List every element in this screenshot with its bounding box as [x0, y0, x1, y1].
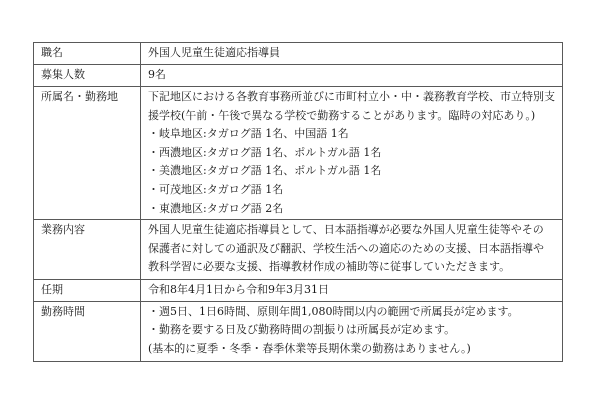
working-hours-value: ・週5日、1日6時間、原則年間1,080時間以内の範囲で所属長が定めます。 ・勤…	[141, 301, 563, 361]
working-hours-label: 勤務時間	[34, 301, 141, 361]
term-value: 令和8年4月1日から令和9年3月31日	[141, 280, 563, 302]
affiliation-worklocation-value: 下記地区における各教育事務所並びに市町村立小・中・義務教育学校、市立特別支 援学…	[141, 87, 563, 220]
job-posting-table-body: 職名 外国人児童生徒適応指導員 募集人数 9名 所属名・勤務地 下記地区における…	[34, 43, 563, 362]
job-title-value: 外国人児童生徒適応指導員	[141, 43, 563, 65]
job-description-label: 業務内容	[34, 220, 141, 280]
recruit-count-value: 9名	[141, 65, 563, 87]
term-label: 任期	[34, 280, 141, 302]
affiliation-worklocation-label: 所属名・勤務地	[34, 87, 141, 220]
job-posting-table: 職名 外国人児童生徒適応指導員 募集人数 9名 所属名・勤務地 下記地区における…	[33, 42, 563, 362]
table-row-recruit-count: 募集人数 9名	[34, 65, 563, 87]
recruit-count-label: 募集人数	[34, 65, 141, 87]
job-description-value: 外国人児童生徒適応指導員として、日本語指導が必要な外国人児童生徒等やその 保護者…	[141, 220, 563, 280]
table-row-term: 任期 令和8年4月1日から令和9年3月31日	[34, 280, 563, 302]
job-title-label: 職名	[34, 43, 141, 65]
table-row-job-title: 職名 外国人児童生徒適応指導員	[34, 43, 563, 65]
table-row-working-hours: 勤務時間 ・週5日、1日6時間、原則年間1,080時間以内の範囲で所属長が定めま…	[34, 301, 563, 361]
table-row-job-description: 業務内容 外国人児童生徒適応指導員として、日本語指導が必要な外国人児童生徒等やそ…	[34, 220, 563, 280]
table-row-affiliation-worklocation: 所属名・勤務地 下記地区における各教育事務所並びに市町村立小・中・義務教育学校、…	[34, 87, 563, 220]
